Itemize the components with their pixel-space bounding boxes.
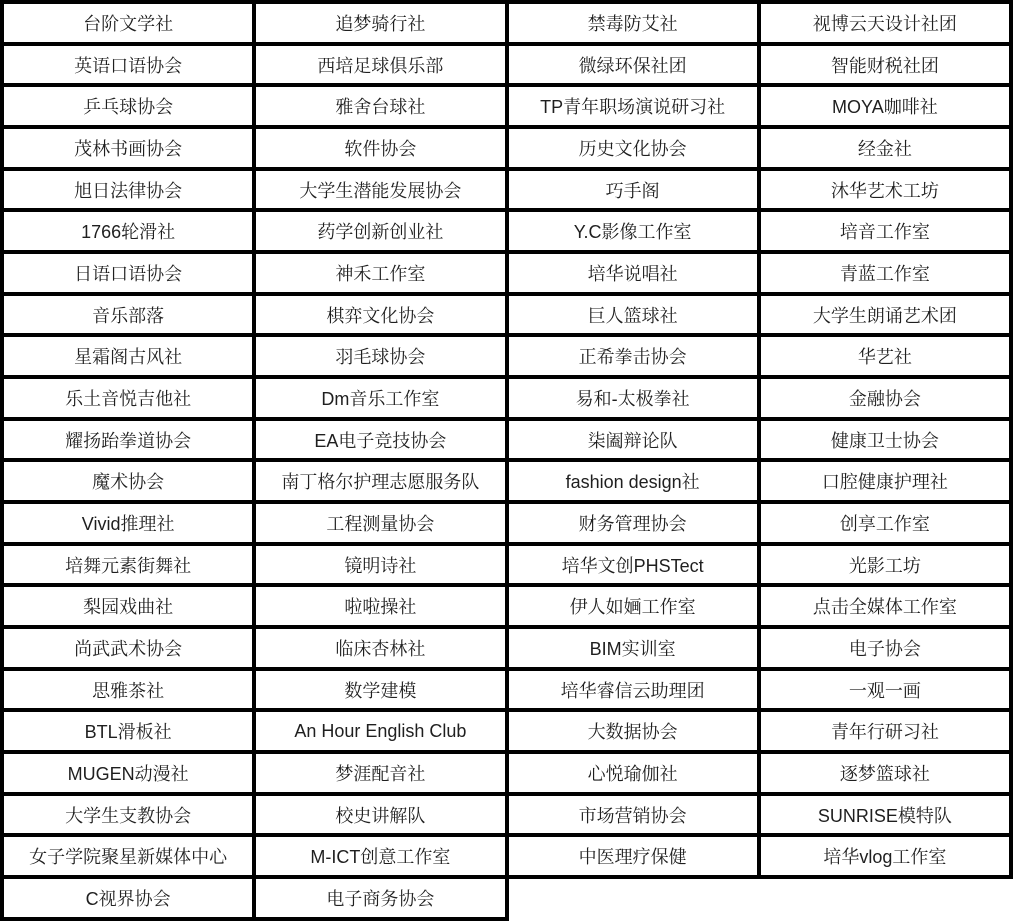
table-row: 日语口语协会神禾工作室培华说唱社青蓝工作室: [2, 252, 1011, 294]
club-name-cell: 乒乓球协会: [2, 85, 254, 127]
club-name-cell: 培华说唱社: [507, 252, 759, 294]
club-name-cell: 青蓝工作室: [759, 252, 1011, 294]
club-name-cell: 一观一画: [759, 669, 1011, 711]
club-name-cell: 光影工坊: [759, 544, 1011, 586]
club-name-cell: 视博云天设计社团: [759, 2, 1011, 44]
club-name-cell: M-ICT创意工作室: [254, 835, 506, 877]
club-name-cell: 英语口语协会: [2, 44, 254, 86]
club-name-cell: 旭日法律协会: [2, 169, 254, 211]
club-name-cell: 培华文创PHSTect: [507, 544, 759, 586]
club-name-cell: 易和-太极拳社: [507, 377, 759, 419]
club-name-cell: C视界协会: [2, 877, 254, 919]
table-row: 培舞元素街舞社镜明诗社培华文创PHSTect光影工坊: [2, 544, 1011, 586]
club-name-cell: 大学生潜能发展协会: [254, 169, 506, 211]
club-name-cell: 雅舍台球社: [254, 85, 506, 127]
club-name-cell: 星霜阁古风社: [2, 335, 254, 377]
club-name-cell: SUNRISE模特队: [759, 794, 1011, 836]
table-row: 音乐部落棋弈文化协会巨人篮球社大学生朗诵艺术团: [2, 294, 1011, 336]
empty-cell: [759, 877, 1011, 919]
club-name-cell: 魔术协会: [2, 460, 254, 502]
table-row: 思雅茶社数学建模培华睿信云助理团一观一画: [2, 669, 1011, 711]
club-name-cell: 女子学院聚星新媒体中心: [2, 835, 254, 877]
club-name-cell: MUGEN动漫社: [2, 752, 254, 794]
club-name-cell: 柒阖辩论队: [507, 419, 759, 461]
table-row: 旭日法律协会大学生潜能发展协会巧手阁沐华艺术工坊: [2, 169, 1011, 211]
club-name-cell: An Hour English Club: [254, 710, 506, 752]
club-name-cell: 梦涯配音社: [254, 752, 506, 794]
club-name-cell: 啦啦操社: [254, 585, 506, 627]
club-name-cell: 镜明诗社: [254, 544, 506, 586]
club-name-cell: 培华睿信云助理团: [507, 669, 759, 711]
club-name-cell: 尚武武术协会: [2, 627, 254, 669]
club-name-cell: 金融协会: [759, 377, 1011, 419]
club-name-cell: 数学建模: [254, 669, 506, 711]
table-row: MUGEN动漫社梦涯配音社心悦瑜伽社逐梦篮球社: [2, 752, 1011, 794]
club-name-cell: 大数据协会: [507, 710, 759, 752]
table-row: 魔术协会南丁格尔护理志愿服务队fashion design社口腔健康护理社: [2, 460, 1011, 502]
club-name-cell: 1766轮滑社: [2, 210, 254, 252]
club-name-cell: TP青年职场演说研习社: [507, 85, 759, 127]
club-name-cell: 点击全媒体工作室: [759, 585, 1011, 627]
club-name-cell: BIM实训室: [507, 627, 759, 669]
club-name-cell: 软件协会: [254, 127, 506, 169]
club-name-cell: 逐梦篮球社: [759, 752, 1011, 794]
club-name-cell: 中医理疗保健: [507, 835, 759, 877]
club-name-cell: 历史文化协会: [507, 127, 759, 169]
club-name-cell: 梨园戏曲社: [2, 585, 254, 627]
empty-cell: [507, 877, 759, 919]
club-name-cell: 南丁格尔护理志愿服务队: [254, 460, 506, 502]
table-row: 星霜阁古风社羽毛球协会正希拳击协会华艺社: [2, 335, 1011, 377]
club-name-cell: 思雅茶社: [2, 669, 254, 711]
club-name-cell: Vivid推理社: [2, 502, 254, 544]
club-name-cell: fashion design社: [507, 460, 759, 502]
club-name-cell: 大学生支教协会: [2, 794, 254, 836]
club-name-cell: 沐华艺术工坊: [759, 169, 1011, 211]
table-row: 英语口语协会西培足球俱乐部微绿环保社团智能财税社团: [2, 44, 1011, 86]
table-row: Vivid推理社工程测量协会财务管理协会创享工作室: [2, 502, 1011, 544]
club-name-cell: 台阶文学社: [2, 2, 254, 44]
club-name-cell: 电子协会: [759, 627, 1011, 669]
club-name-cell: 经金社: [759, 127, 1011, 169]
club-name-cell: 青年行研习社: [759, 710, 1011, 752]
club-name-cell: 智能财税社团: [759, 44, 1011, 86]
club-name-cell: 财务管理协会: [507, 502, 759, 544]
club-name-cell: 培舞元素街舞社: [2, 544, 254, 586]
table-row: 女子学院聚星新媒体中心M-ICT创意工作室中医理疗保健培华vlog工作室: [2, 835, 1011, 877]
club-name-cell: 华艺社: [759, 335, 1011, 377]
table-row: 耀扬跆拳道协会EA电子竞技协会柒阖辩论队健康卫士协会: [2, 419, 1011, 461]
table-row: C视界协会电子商务协会: [2, 877, 1011, 919]
club-name-cell: Y.C影像工作室: [507, 210, 759, 252]
club-name-cell: 棋弈文化协会: [254, 294, 506, 336]
club-name-cell: 音乐部落: [2, 294, 254, 336]
document-page: 台阶文学社追梦骑行社禁毒防艾社视博云天设计社团英语口语协会西培足球俱乐部微绿环保…: [0, 0, 1013, 921]
club-name-cell: 神禾工作室: [254, 252, 506, 294]
club-name-cell: 伊人如婳工作室: [507, 585, 759, 627]
club-name-cell: MOYA咖啡社: [759, 85, 1011, 127]
club-name-cell: 电子商务协会: [254, 877, 506, 919]
table-row: 大学生支教协会校史讲解队市场营销协会SUNRISE模特队: [2, 794, 1011, 836]
table-row: 乒乓球协会雅舍台球社TP青年职场演说研习社MOYA咖啡社: [2, 85, 1011, 127]
table-row: 乐土音悦吉他社Dm音乐工作室易和-太极拳社金融协会: [2, 377, 1011, 419]
table-row: 台阶文学社追梦骑行社禁毒防艾社视博云天设计社团: [2, 2, 1011, 44]
club-name-cell: 培音工作室: [759, 210, 1011, 252]
table-row: BTL滑板社An Hour English Club大数据协会青年行研习社: [2, 710, 1011, 752]
club-name-cell: 西培足球俱乐部: [254, 44, 506, 86]
clubs-table-body: 台阶文学社追梦骑行社禁毒防艾社视博云天设计社团英语口语协会西培足球俱乐部微绿环保…: [2, 2, 1011, 919]
table-row: 梨园戏曲社啦啦操社伊人如婳工作室点击全媒体工作室: [2, 585, 1011, 627]
club-name-cell: 禁毒防艾社: [507, 2, 759, 44]
club-name-cell: 日语口语协会: [2, 252, 254, 294]
club-name-cell: 工程测量协会: [254, 502, 506, 544]
club-name-cell: 校史讲解队: [254, 794, 506, 836]
club-name-cell: 正希拳击协会: [507, 335, 759, 377]
club-name-cell: 市场营销协会: [507, 794, 759, 836]
club-name-cell: BTL滑板社: [2, 710, 254, 752]
table-row: 茂林书画协会软件协会历史文化协会经金社: [2, 127, 1011, 169]
club-name-cell: 健康卫士协会: [759, 419, 1011, 461]
club-name-cell: 耀扬跆拳道协会: [2, 419, 254, 461]
club-name-cell: 培华vlog工作室: [759, 835, 1011, 877]
club-name-cell: 创享工作室: [759, 502, 1011, 544]
club-name-cell: 药学创新创业社: [254, 210, 506, 252]
club-name-cell: 巧手阁: [507, 169, 759, 211]
club-name-cell: 心悦瑜伽社: [507, 752, 759, 794]
club-name-cell: 临床杏林社: [254, 627, 506, 669]
club-name-cell: 大学生朗诵艺术团: [759, 294, 1011, 336]
table-row: 1766轮滑社药学创新创业社Y.C影像工作室培音工作室: [2, 210, 1011, 252]
table-row: 尚武武术协会临床杏林社BIM实训室电子协会: [2, 627, 1011, 669]
club-name-cell: 微绿环保社团: [507, 44, 759, 86]
clubs-table: 台阶文学社追梦骑行社禁毒防艾社视博云天设计社团英语口语协会西培足球俱乐部微绿环保…: [0, 0, 1013, 921]
club-name-cell: 巨人篮球社: [507, 294, 759, 336]
club-name-cell: Dm音乐工作室: [254, 377, 506, 419]
club-name-cell: 追梦骑行社: [254, 2, 506, 44]
club-name-cell: EA电子竞技协会: [254, 419, 506, 461]
club-name-cell: 乐土音悦吉他社: [2, 377, 254, 419]
club-name-cell: 羽毛球协会: [254, 335, 506, 377]
club-name-cell: 口腔健康护理社: [759, 460, 1011, 502]
club-name-cell: 茂林书画协会: [2, 127, 254, 169]
